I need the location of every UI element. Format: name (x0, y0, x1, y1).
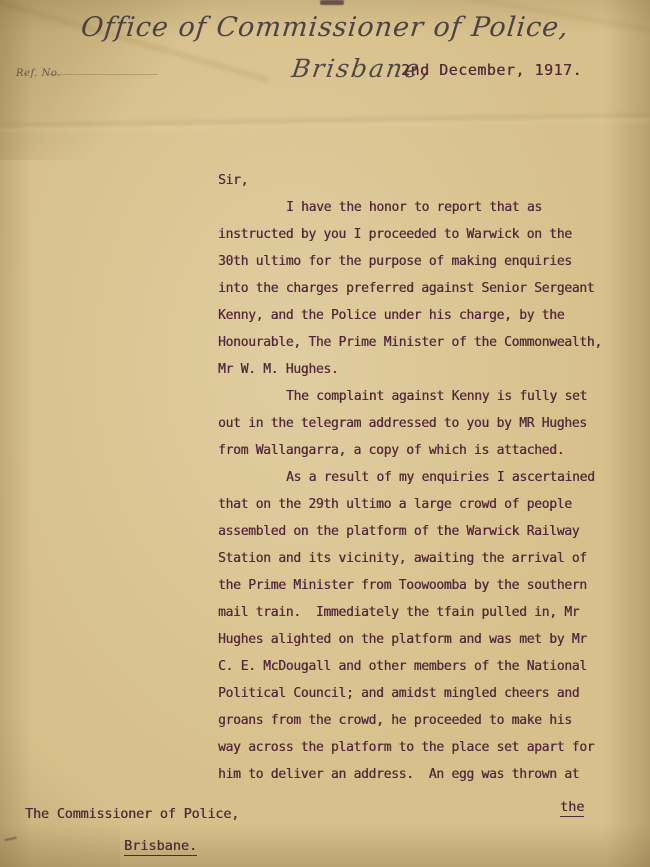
letter-line: Kenny, and the Police under his charge, … (218, 302, 610, 329)
footer-addressee-city: Brisbane. (124, 838, 197, 856)
letter-line: As a result of my enquiries I ascertaine… (218, 464, 610, 491)
letter-line: Hughes alighted on the platform and was … (218, 626, 610, 653)
letter-line: Honourable, The Prime Minister of the Co… (218, 329, 610, 356)
letter-line: mail train. Immediately the tfain pulled… (218, 599, 610, 626)
letter-line: The complaint against Kenny is fully set (218, 383, 610, 410)
letter-body: Sir,I have the honor to report that asin… (218, 167, 610, 788)
letter-line: that on the 29th ultimo a large crowd of… (218, 491, 610, 518)
letter-line: Sir, (218, 167, 610, 194)
paper-crease-horizontal (0, 111, 650, 133)
catchword: the (560, 799, 584, 817)
footer-addressee: The Commissioner of Police, (25, 806, 239, 822)
paper-shade-bottom-left (0, 700, 120, 867)
letter-line: Political Council; and amidst mingled ch… (218, 680, 610, 707)
letter-line: out in the telegram addressed to you by … (218, 410, 610, 437)
letter-line: the Prime Minister from Toowoomba by the… (218, 572, 610, 599)
letter-date: 2nd December, 1917. (401, 61, 582, 79)
ref-number-row: Ref. No. (16, 61, 61, 80)
letter-line: him to deliver an address. An egg was th… (218, 761, 610, 788)
letter-line: assembled on the platform of the Warwick… (218, 518, 610, 545)
letter-line: instructed by you I proceeded to Warwick… (218, 221, 610, 248)
letterhead-office-line: Office of Commissioner of Police, (0, 12, 650, 43)
letter-line: 30th ultimo for the purpose of making en… (218, 248, 610, 275)
top-edge-mark (320, 0, 344, 5)
letter-line: Station and its vicinity, awaiting the a… (218, 545, 610, 572)
letter-line: way across the platform to the place set… (218, 734, 610, 761)
letter-line: Mr W. M. Hughes. (218, 356, 610, 383)
letter-page: Office of Commissioner of Police, Brisba… (0, 0, 650, 867)
letter-line: from Wallangarra, a copy of which is att… (218, 437, 610, 464)
letter-line: C. E. McDougall and other members of the… (218, 653, 610, 680)
letter-line: into the charges preferred against Senio… (218, 275, 610, 302)
pencil-mark (3, 829, 17, 841)
ref-number-blank-line (46, 74, 158, 75)
letter-line: groans from the crowd, he proceeded to m… (218, 707, 610, 734)
letter-line: I have the honor to report that as (218, 194, 610, 221)
